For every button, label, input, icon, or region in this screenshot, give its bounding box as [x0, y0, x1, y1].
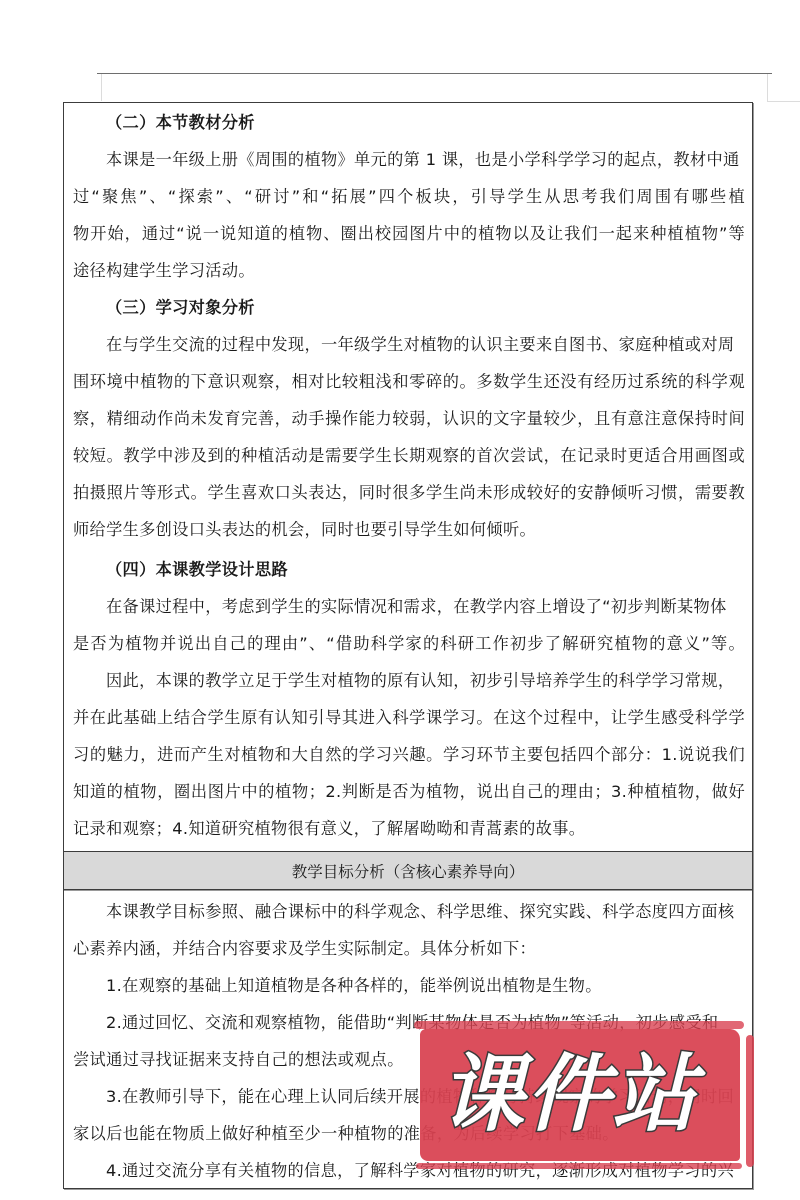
- section-heading-design-approach: （四）本课教学设计思路: [106, 560, 778, 580]
- analysis-cell: （二）本节教材分析 本课是一年级上册《周围的植物》单元的第 1 课，也是小学科学…: [64, 103, 752, 851]
- paragraph-line: 途径构建学生学习活动。: [73, 261, 745, 281]
- paragraph-line: 拍摄照片等形式。学生喜欢口头表达，同时很多学生尚未形成较好的安静倾听习惯，需要教: [73, 483, 745, 503]
- paragraph-line: 在备课过程中，考虑到学生的实际情况和需求，在教学内容上增设了“初步判断某物体: [106, 597, 746, 617]
- paragraph-line: 习的魅力，进而产生对植物和大自然的学习兴趣。学习环节主要包括四个部分：1.说说我…: [73, 745, 745, 765]
- paragraph-line: 本课是一年级上册《周围的植物》单元的第 1 课，也是小学科学学习的起点，教材中通: [106, 150, 746, 170]
- paragraph-line: 察，精细动作尚未发育完善，动手操作能力较弱，认识的文字量较少，且有意注意保持时间: [73, 409, 745, 429]
- objectives-cell: 本课教学目标参照、融合课标中的科学观念、科学思维、探究实践、科学态度四方面核 心…: [64, 890, 752, 1188]
- objective-item-3: 3.在教师引导下，能在心理上认同后续开展的植物种植与持续观察的学习活动，同时回: [106, 1087, 746, 1107]
- paragraph-line: 师给学生多创设口头表达的机会，同时也要引导学生如何倾听。: [73, 520, 745, 540]
- paragraph-line: 心素养内涵，并结合内容要求及学生实际制定。具体分析如下：: [73, 939, 745, 959]
- paragraph-line: 知道的植物，圈出图片中的植物；2.判断是否为植物，说出自己的理由；3.种植植物，…: [73, 782, 745, 802]
- paragraph-line: 过“聚焦”、“探索”、“研讨”和“拓展”四个板块，引导学生从思考我们周围有哪些植: [73, 187, 745, 207]
- paragraph-line: 尝试通过寻找证据来支持自己的想法或观点。: [73, 1050, 745, 1070]
- section-heading-textbook-analysis: （二）本节教材分析: [106, 113, 778, 133]
- paragraph-line: 本课教学目标参照、融合课标中的科学观念、科学思维、探究实践、科学态度四方面核: [106, 902, 746, 922]
- paragraph-line: 在与学生交流的过程中发现，一年级学生对植物的认识主要来自图书、家庭种植或对周: [106, 335, 746, 355]
- paragraph-line: 并在此基础上结合学生原有认知引导其进入科学课学习。在这个过程中，让学生感受科学学: [73, 708, 745, 728]
- paragraph-line: 较短。教学中涉及到的种植活动是需要学生长期观察的首次尝试，在记录时更适合用画图或: [73, 446, 745, 466]
- objective-item-4: 4.通过交流分享有关植物的信息，了解科学家对植物的研究，逐渐形成对植物学习的兴: [106, 1161, 746, 1181]
- page-top-rule: [97, 73, 772, 74]
- objectives-header-row: 教学目标分析（含核心素养导向）: [64, 851, 752, 890]
- objective-item-1: 1.在观察的基础上知道植物是各种各样的，能举例说出植物是生物。: [106, 976, 752, 996]
- paragraph-line: 因此，本课的教学立足于学生对植物的原有认知，初步引导培养学生的科学学习常规，: [106, 671, 746, 691]
- margin-marker-right: [767, 74, 768, 101]
- objectives-header-label: 教学目标分析（含核心素养导向）: [292, 860, 525, 882]
- margin-marker-left: [101, 74, 102, 101]
- paragraph-line: 是否为植物并说出自己的理由”、“借助科学家的科研工作初步了解研究植物的意义”等。: [73, 634, 745, 654]
- section-heading-learner-analysis: （三）学习对象分析: [106, 298, 778, 318]
- paragraph-line: 记录和观察；4.知道研究植物很有意义，了解屠呦呦和青蒿素的故事。: [73, 819, 745, 839]
- objective-item-2: 2.通过回忆、交流和观察植物，能借助“判断某物体是否为植物”等活动，初步感受和: [106, 1013, 746, 1033]
- paragraph-line: 物开始，通过“说一说知道的植物、圈出校园图片中的植物以及让我们一起来种植植物”等: [73, 224, 745, 244]
- paragraph-line: 家以后也能在物质上做好种植至少一种植物的准备，为后续学习打下基础。: [73, 1124, 745, 1144]
- lesson-plan-table: （二）本节教材分析 本课是一年级上册《周围的植物》单元的第 1 课，也是小学科学…: [63, 102, 753, 1189]
- paragraph-line: 围环境中植物的下意识观察，相对比较粗浅和零碎的。多数学生还没有经历过系统的科学观: [73, 372, 745, 392]
- margin-marker-right-horizontal: [767, 101, 800, 102]
